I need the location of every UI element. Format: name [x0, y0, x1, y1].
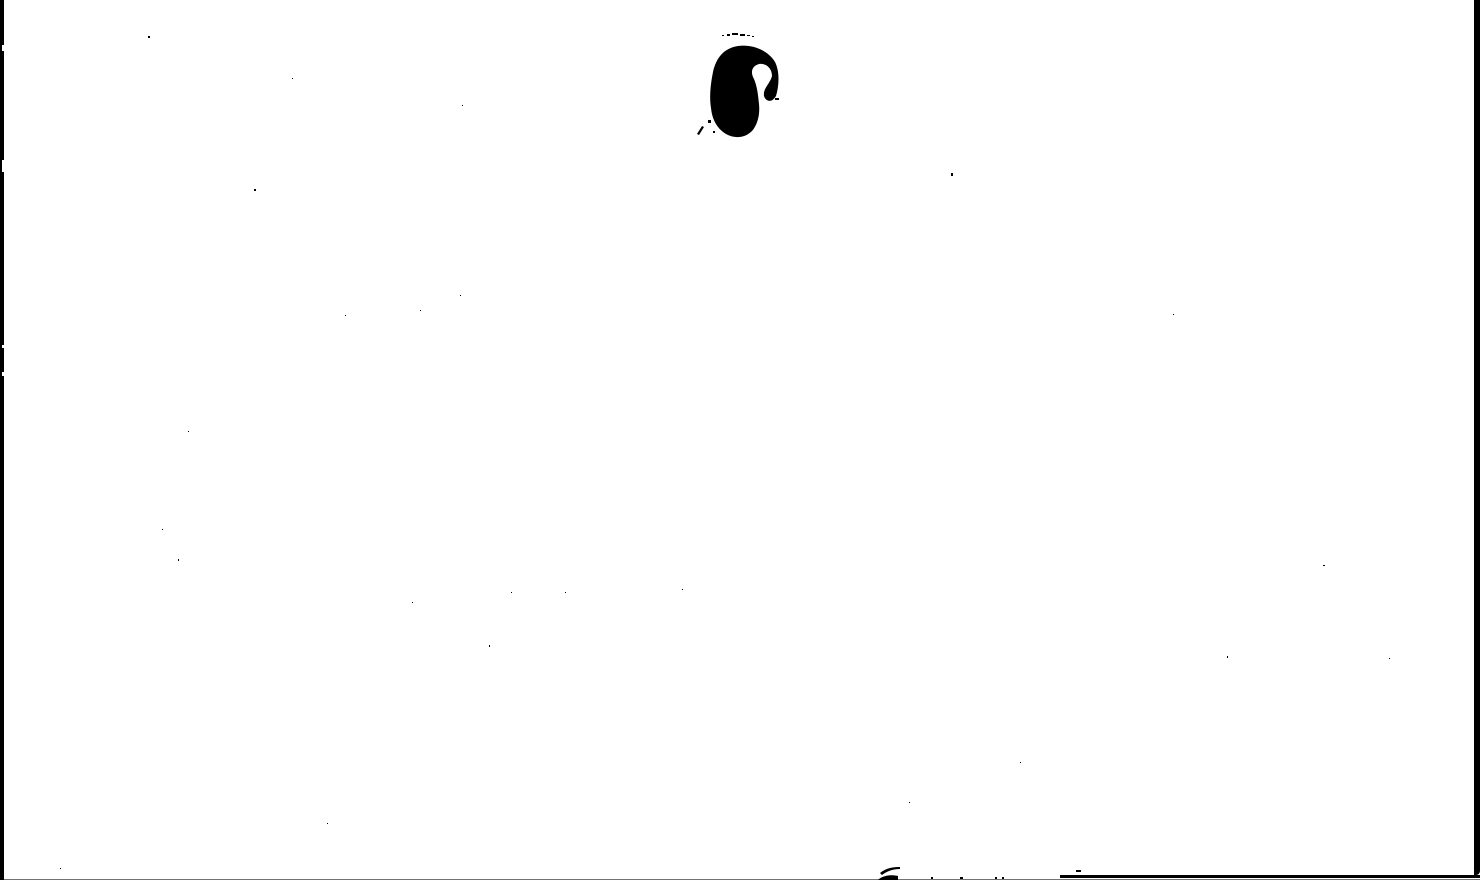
scanned-sheet — [0, 0, 1480, 880]
bottom-edge-marks — [878, 867, 1081, 880]
noise-specks — [60, 36, 1390, 869]
scan-marks — [0, 0, 1480, 880]
blot-halo-icon — [722, 33, 754, 37]
ink-blot-icon — [697, 46, 779, 138]
